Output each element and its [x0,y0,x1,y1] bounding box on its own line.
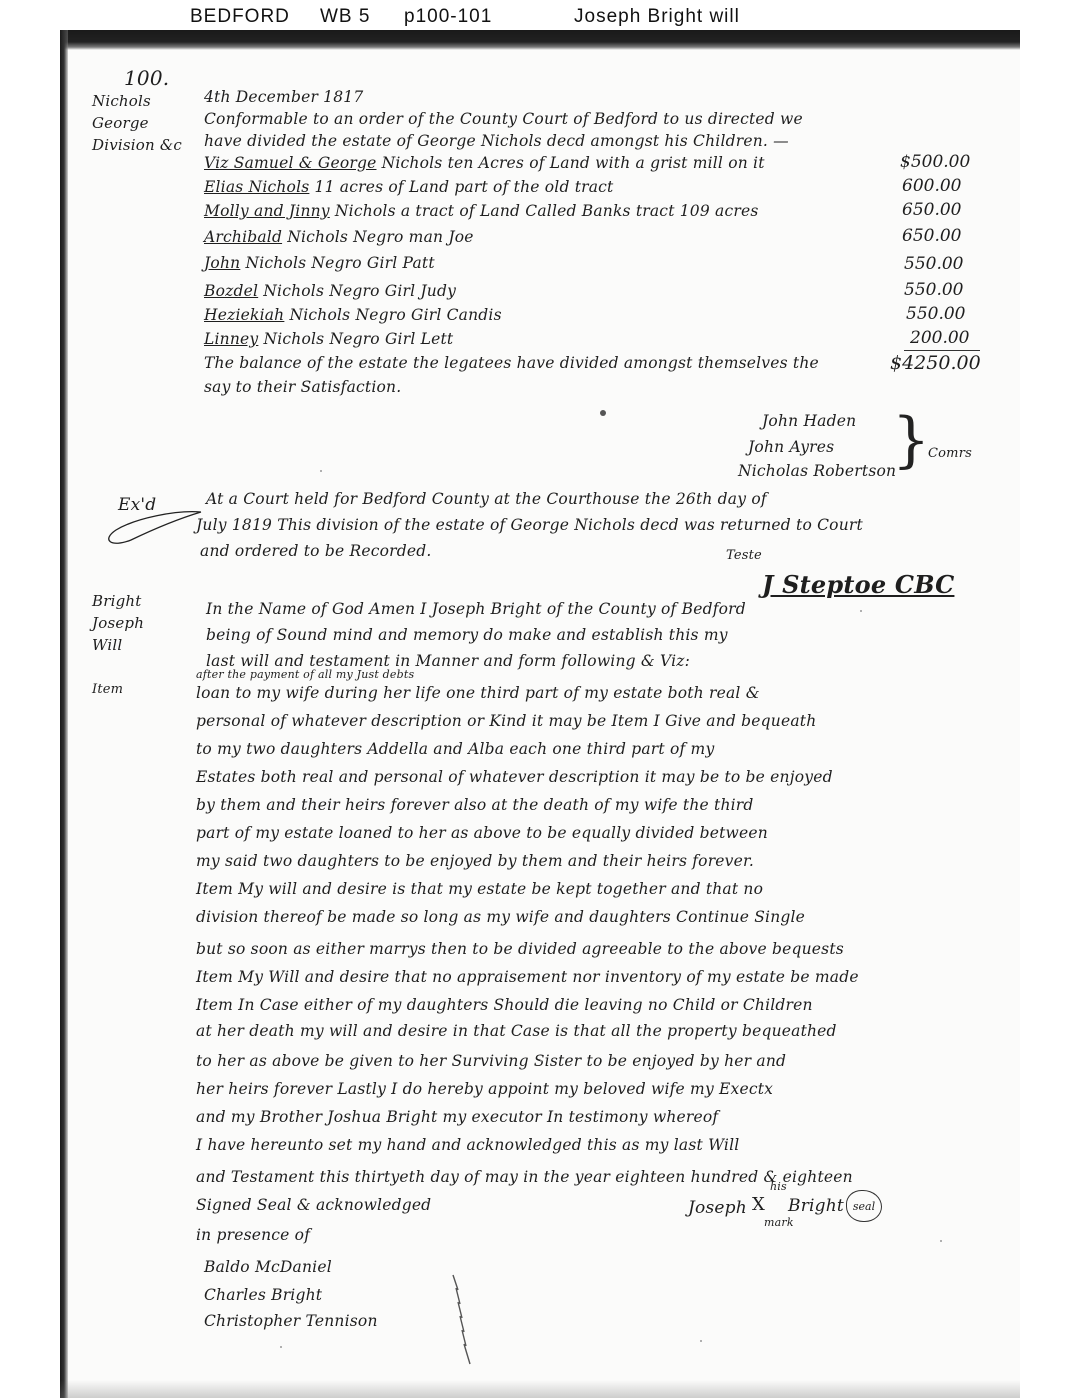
attestation-line: in presence of [196,1226,310,1244]
balance-line: The balance of the estate the legatees h… [204,354,819,372]
will-line: and Testament this thirtyeth day of may … [196,1168,853,1186]
scan-speck [700,1340,702,1342]
margin-note-nichols: Nichols George Division &c [92,90,182,156]
balance-line: say to their Satisfaction. [204,378,401,396]
header-annotation: BEDFORD WB 5 p100-101 Joseph Bright will [190,4,830,30]
will-line: division thereof be made so long as my w… [196,908,805,926]
entry-name: Elias Nichols [204,178,309,196]
entry-name: Bozdel [204,282,258,300]
entry-amount: 550.00 [904,254,963,274]
will-line: by them and their heirs forever also at … [196,796,754,814]
will-line: personal of whatever description or Kind… [196,712,816,730]
commissioners-label: Comrs [928,446,972,461]
mark-label: mark [764,1216,794,1229]
entry-row: Molly and Jinny Nichols a tract of Land … [204,202,759,220]
witness-signature: Charles Bright [204,1286,322,1304]
division-total: $4250.00 [890,352,981,374]
entry-text: Nichols ten Acres of Land with a grist m… [376,154,764,172]
entry-row: John Nichols Negro Girl Patt [204,254,435,272]
will-line: and my Brother Joshua Bright my executor… [196,1108,718,1126]
entry-text: 11 acres of Land part of the old tract [309,178,613,196]
witness-signature: Baldo McDaniel [204,1258,332,1276]
header-county: BEDFORD [190,6,290,28]
header-pages: p100-101 [404,6,492,28]
entry-row: Viz Samuel & George Nichols ten Acres of… [204,154,765,172]
scan-speck [600,410,606,416]
scan-speck [280,1346,282,1348]
margin-line: Will [92,634,144,656]
his-label: his [770,1180,787,1193]
division-date: 4th December 1817 [204,88,363,106]
sum-rule [904,350,980,351]
will-line: part of my estate loaned to her as above… [196,824,768,842]
scan-top-shadow [60,30,1020,50]
margin-line: Joseph [92,612,144,634]
will-line: Item My will and desire is that my estat… [196,880,763,898]
entry-amount: 200.00 [910,328,969,348]
margin-line: Bright [92,590,144,612]
entry-row: Linney Nichols Negro Girl Lett [204,330,453,348]
will-line: loan to my wife during her life one thir… [196,684,760,702]
margin-note-bright: Bright Joseph Will [92,590,144,656]
entry-amount: 550.00 [906,304,965,324]
entry-row: Elias Nichols 11 acres of Land part of t… [204,178,613,196]
entry-amount: 600.00 [902,176,961,196]
commissioner-signature: John Haden [762,412,856,430]
commissioner-signature: Nicholas Robertson [738,462,896,480]
will-line: being of Sound mind and memory do make a… [206,626,728,644]
margin-line: George [92,112,182,134]
entry-text: Nichols Negro man Joe [282,228,474,246]
scan-bottom-shadow [60,1380,1020,1398]
entry-name: Molly and Jinny [204,202,330,220]
margin-item-note: Item [92,682,123,697]
mark-x: X [752,1194,765,1215]
margin-line: Division &c [92,134,182,156]
will-line: to her as above be given to her Survivin… [196,1052,786,1070]
testator-last-name: Bright [788,1196,844,1216]
stroke-marks-icon [448,1270,478,1370]
entry-row: Bozdel Nichols Negro Girl Judy [204,282,456,300]
entry-row: Heziekiah Nichols Negro Girl Candis [204,306,502,324]
will-line: I have hereunto set my hand and acknowle… [196,1136,739,1154]
entry-text: Nichols Negro Girl Patt [240,254,434,272]
seal-label: seal [853,1200,875,1213]
entry-name: Heziekiah [204,306,284,324]
entry-row: Archibald Nichols Negro man Joe [204,228,474,246]
will-line: to my two daughters Addella and Alba eac… [196,740,714,758]
header-subject: Joseph Bright will [574,6,740,28]
commissioner-signature: John Ayres [748,438,834,456]
entry-amount: 650.00 [902,226,961,246]
folio-number: 100. [124,66,169,90]
seal-icon: seal [846,1190,882,1222]
entry-text: Nichols Negro Girl Lett [258,330,453,348]
entry-text: Nichols Negro Girl Judy [258,282,456,300]
will-line: last will and testament in Manner and fo… [206,652,690,670]
entry-text: Nichols Negro Girl Candis [284,306,501,324]
court-line: and ordered to be Recorded. [200,542,431,560]
entry-name: Linney [204,330,258,348]
header-book: WB 5 [320,6,370,28]
court-line: At a Court held for Bedford County at th… [206,490,767,508]
entry-amount: $500.00 [900,152,970,172]
court-line: July 1819 This division of the estate of… [196,516,863,534]
entry-name: Viz Samuel & George [204,154,376,172]
will-line: Item In Case either of my daughters Shou… [196,996,813,1014]
scan-left-edge [60,30,68,1398]
witness-signature: Christopher Tennison [204,1312,378,1330]
division-line: Conformable to an order of the County Co… [204,110,803,128]
scan-speck [860,610,862,612]
entry-amount: 650.00 [902,200,961,220]
scan-speck [320,470,322,472]
will-line: In the Name of God Amen I Joseph Bright … [206,600,746,618]
teste-label: Teste [726,548,762,563]
entry-name: Archibald [204,228,282,246]
will-line: Estates both real and personal of whatev… [196,768,833,786]
will-line: Item My Will and desire that no appraise… [196,968,859,986]
will-line: but so soon as either marrys then to be … [196,940,844,958]
scan-speck [540,1060,542,1062]
entry-text: Nichols a tract of Land Called Banks tra… [330,202,759,220]
brace-icon: } [892,410,930,470]
will-line: at her death my will and desire in that … [196,1022,837,1040]
flourish-icon [96,500,206,550]
entry-name: John [204,254,240,272]
margin-line: Nichols [92,90,182,112]
entry-amount: 550.00 [904,280,963,300]
will-line: her heirs forever Lastly I do hereby app… [196,1080,773,1098]
clerk-signature: J Steptoe CBC [762,570,954,599]
attestation-line: Signed Seal & acknowledged [196,1196,431,1214]
division-line: have divided the estate of George Nichol… [204,132,789,150]
scan-speck [940,1240,942,1242]
will-line: my said two daughters to be enjoyed by t… [196,852,754,870]
testator-first-name: Joseph [688,1198,747,1218]
